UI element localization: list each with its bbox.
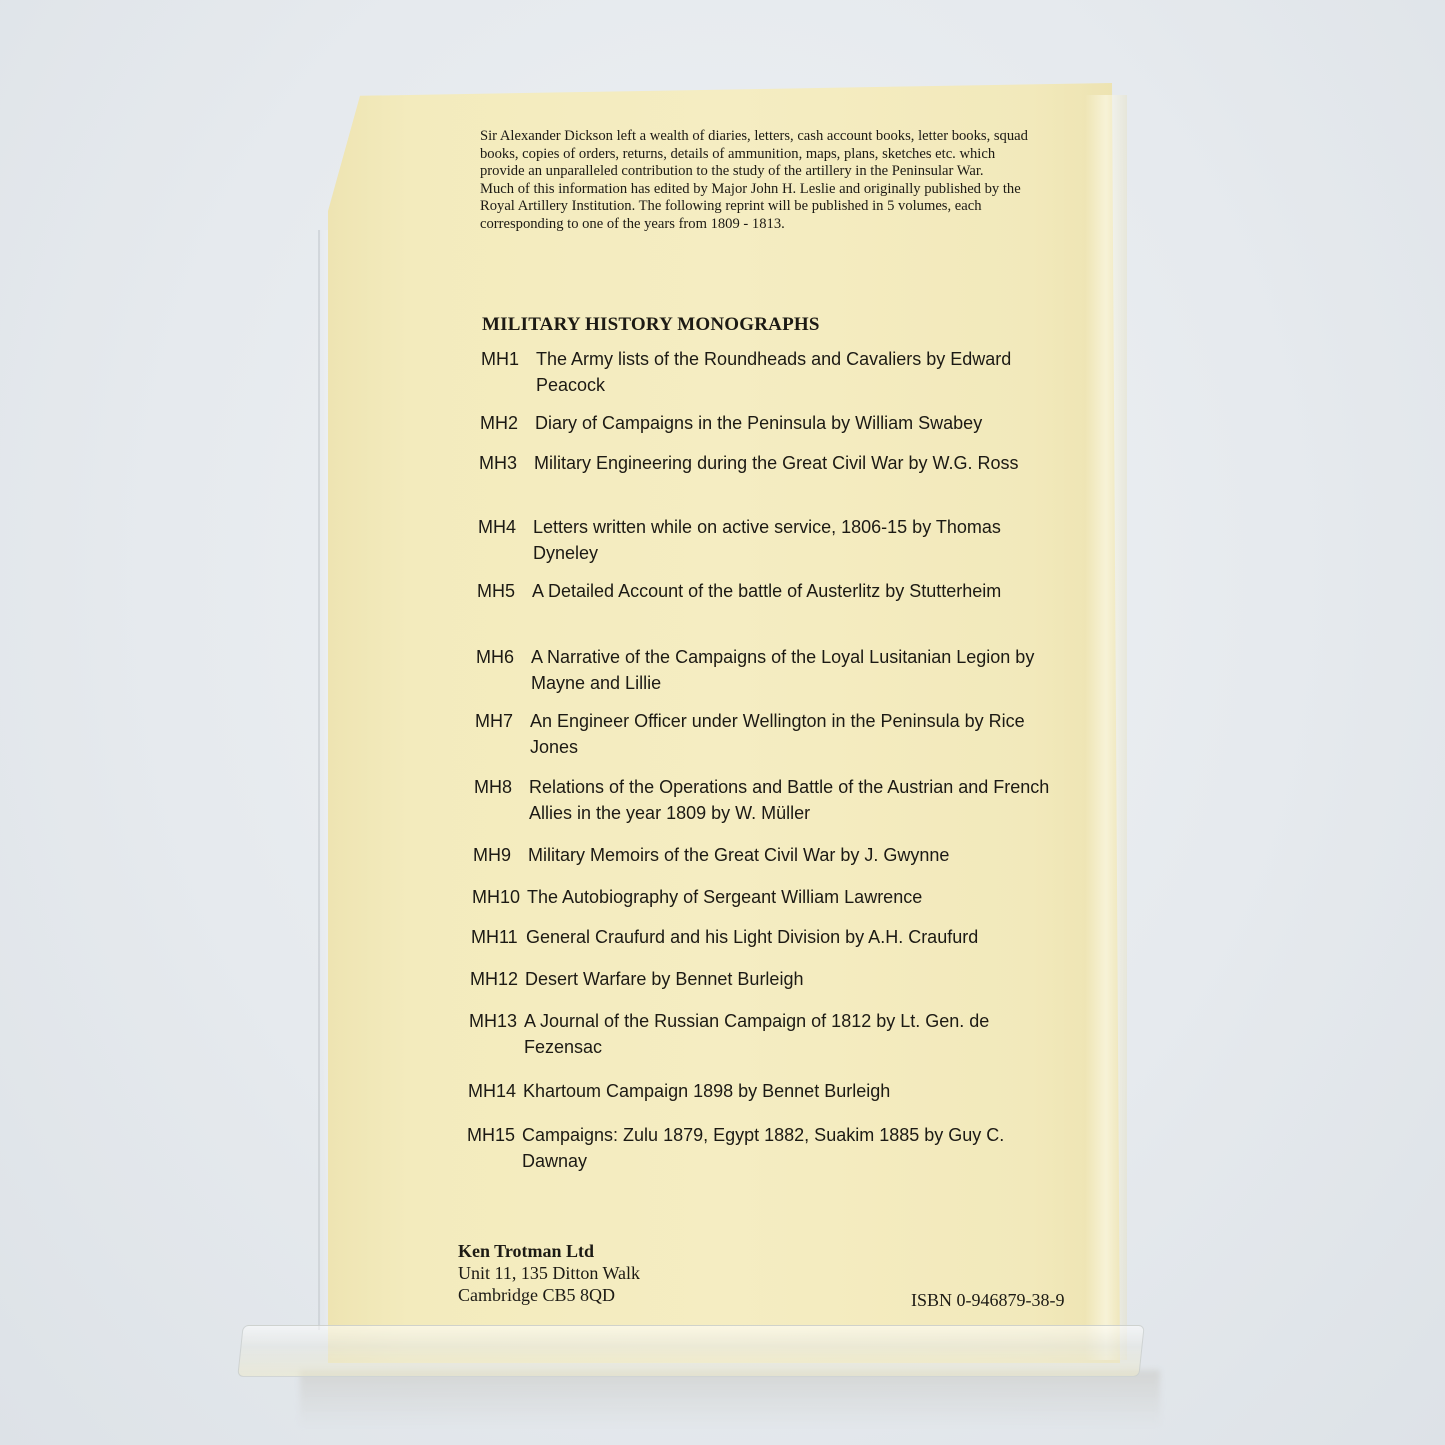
publisher-block: Ken Trotman Ltd Unit 11, 135 Ditton Walk… [458,1240,640,1306]
list-item: MH15Campaigns: Zulu 1879, Egypt 1882, Su… [467,1122,1052,1174]
monograph-code: MH12 [470,966,525,992]
list-item: MH1The Army lists of the Roundheads and … [481,346,1066,398]
monograph-title: Diary of Campaigns in the Peninsula by W… [535,410,1065,436]
list-item: MH2Diary of Campaigns in the Peninsula b… [480,410,1065,436]
monograph-title: Campaigns: Zulu 1879, Egypt 1882, Suakim… [522,1122,1052,1174]
isbn: ISBN 0-946879-38-9 [911,1290,1065,1311]
monograph-code: MH10 [472,884,527,910]
monograph-code: MH8 [474,774,529,826]
list-item: MH4Letters written while on active servi… [478,514,1063,566]
monograph-code: MH1 [481,346,536,398]
list-item: MH3Military Engineering during the Great… [479,450,1064,476]
publisher-name: Ken Trotman Ltd [458,1240,640,1262]
series-title: MILITARY HISTORY MONOGRAPHS [482,314,820,336]
monograph-title: A Journal of the Russian Campaign of 181… [524,1008,1054,1060]
monograph-code: MH9 [473,842,528,868]
monograph-title: Letters written while on active service,… [533,514,1063,566]
monograph-title: An Engineer Officer under Wellington in … [530,708,1060,760]
list-item: MH10The Autobiography of Sergeant Willia… [472,884,1057,910]
list-item: MH6A Narrative of the Campaigns of the L… [476,644,1061,696]
list-item: MH12Desert Warfare by Bennet Burleigh [470,966,1055,992]
monograph-code: MH13 [469,1008,524,1060]
monograph-title: A Detailed Account of the battle of Aust… [532,578,1062,604]
cover-content: Sir Alexander Dickson left a wealth of d… [0,0,1445,1445]
monograph-code: MH15 [467,1122,522,1174]
list-item: MH14Khartoum Campaign 1898 by Bennet Bur… [468,1078,1053,1104]
monograph-code: MH2 [480,410,535,436]
monograph-title: Military Memoirs of the Great Civil War … [528,842,1058,868]
list-item: MH7An Engineer Officer under Wellington … [475,708,1060,760]
list-item: MH11General Craufurd and his Light Divis… [471,924,1056,950]
monograph-title: Desert Warfare by Bennet Burleigh [525,966,1055,992]
monograph-title: Khartoum Campaign 1898 by Bennet Burleig… [523,1078,1053,1104]
monograph-code: MH3 [479,450,534,476]
monograph-code: MH6 [476,644,531,696]
monograph-code: MH5 [477,578,532,604]
monograph-title: Military Engineering during the Great Ci… [534,450,1064,476]
monograph-code: MH11 [471,924,526,950]
blurb-paragraph: Sir Alexander Dickson left a wealth of d… [480,128,1040,181]
monograph-title: General Craufurd and his Light Division … [526,924,1056,950]
monograph-code: MH4 [478,514,533,566]
list-item: MH8Relations of the Operations and Battl… [474,774,1059,826]
list-item: MH5A Detailed Account of the battle of A… [477,578,1062,604]
monograph-code: MH7 [475,708,530,760]
list-item: MH13A Journal of the Russian Campaign of… [469,1008,1054,1060]
list-item: MH9Military Memoirs of the Great Civil W… [473,842,1058,868]
monograph-title: A Narrative of the Campaigns of the Loya… [531,644,1061,696]
blurb-paragraph: Much of this information has edited by M… [480,181,1040,234]
monograph-code: MH14 [468,1078,523,1104]
monograph-title: The Autobiography of Sergeant William La… [527,884,1057,910]
publisher-address-line: Cambridge CB5 8QD [458,1284,640,1306]
blurb: Sir Alexander Dickson left a wealth of d… [480,128,1040,233]
acrylic-stand-base [237,1325,1144,1377]
publisher-address-line: Unit 11, 135 Ditton Walk [458,1262,640,1284]
monograph-title: Relations of the Operations and Battle o… [529,774,1059,826]
monograph-title: The Army lists of the Roundheads and Cav… [536,346,1066,398]
